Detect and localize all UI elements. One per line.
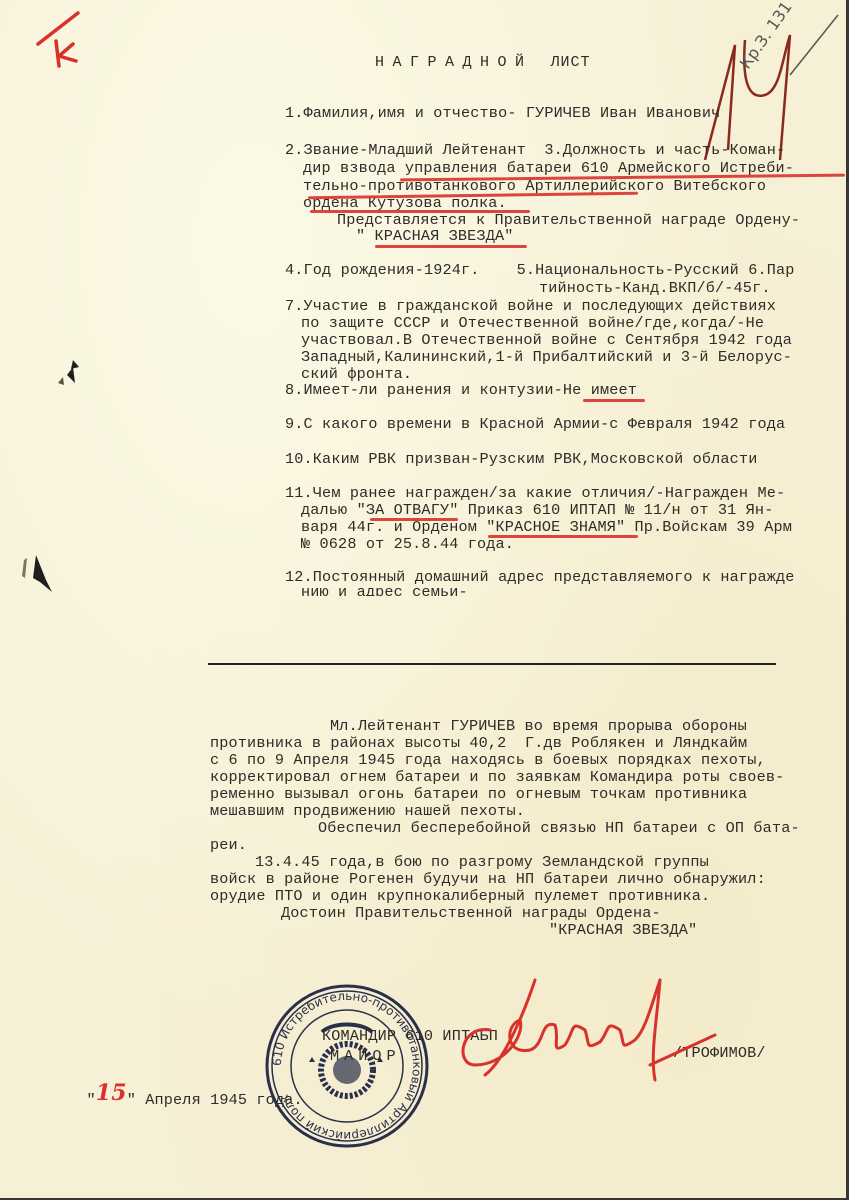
section-divider <box>208 663 776 665</box>
date-line: "15" Апреля 1945 года. <box>68 1072 303 1109</box>
nomination-award: " КРАСНАЯ ЗВЕЗДА" <box>356 228 514 245</box>
red-underline <box>370 518 458 521</box>
item-11-previous-awards: далью "ЗА ОТВАГУ" Приказ 610 ИПТАП № 11/… <box>301 502 773 519</box>
narrative-line: "КРАСНАЯ ЗВЕЗДА" <box>549 922 697 939</box>
item-7-participation: по защите СССР и Отечественной войне/где… <box>301 315 764 332</box>
red-underline <box>583 399 645 402</box>
item-6-party: тийность-Канд.ВКП/б/-45г. <box>539 280 771 297</box>
narrative-line: Мл.Лейтенант ГУРИЧЕВ во время прорыва об… <box>330 718 747 735</box>
narrative-line: корректировал огнем батареи и по заявкам… <box>210 769 784 786</box>
narrative-line: войск в районе Рогенен будучи на НП бата… <box>210 871 766 888</box>
red-underline <box>488 535 638 538</box>
item-8-wounds: 8.Имеет-ли ранения и контузии-Не имеет <box>285 382 637 399</box>
narrative-line: мешавшим продвижению нашей пехоты. <box>210 803 525 820</box>
red-underline <box>310 210 530 213</box>
item-2-rank: 2.Звание-Младший Лейтенант 3.Должность и… <box>285 142 785 159</box>
punch-hole-mark-icon <box>18 550 53 595</box>
item-7-participation: Западный,Калининский,1-й Прибалтийский и… <box>301 349 792 366</box>
red-underline <box>375 245 527 248</box>
item-4-birth-year: 4.Год рождения-1924г. 5.Национальность-Р… <box>285 262 795 279</box>
narrative-line: противника в районах высоты 40,2 Г.дв Ро… <box>210 735 747 752</box>
page-title: НАГРАДНОЙЛИСТ <box>375 54 591 71</box>
narrative-line: Обеспечил бесперебойной связью НП батаре… <box>318 820 800 837</box>
handwritten-annotation-icon: Кр.З. 131 <box>690 0 840 160</box>
item-1-name: 1.Фамилия,имя и отчество- ГУРИЧЕВ Иван И… <box>285 105 720 122</box>
red-k-mark-icon <box>30 8 90 68</box>
item-9-service-since: 9.С какого времени в Красной Армии-с Фев… <box>285 416 785 433</box>
official-stamp-icon: 610 Истребительно-противотанковый Артилл… <box>262 982 432 1150</box>
narrative-line: 13.4.45 года,в бою по разгрому Земландск… <box>255 854 709 871</box>
item-11-previous-awards: № 0628 от 25.8.44 года. <box>301 536 514 553</box>
item-7-participation: участвовал.В Отечественной войне с Сентя… <box>301 332 792 349</box>
item-11-previous-awards: 11.Чем ранее награжден/за какие отличия/… <box>285 485 785 502</box>
commander-rank: МАЙОР <box>330 1048 401 1065</box>
narrative-line: Достоин Правительственной награды Ордена… <box>281 905 661 922</box>
item-7-participation: 7.Участие в гражданской войне и последую… <box>285 298 776 315</box>
narrative-line: с 6 по 9 Апреля 1945 года находясь в бое… <box>210 752 766 769</box>
item-10-draft-office: 10.Каким РВК призван-Рузским РВК,Московс… <box>285 451 757 468</box>
item-11-previous-awards: варя 44г. и Орденом "КРАСНОЕ ЗНАМЯ" Пр.В… <box>301 519 792 536</box>
date-day: 15 <box>96 1085 127 1102</box>
narrative-line: ременно вызывал огонь батареи по огневым… <box>210 786 747 803</box>
punch-hole-mark-icon <box>55 355 85 390</box>
item-12-home-address: 12.Постоянный домашний адрес представляе… <box>285 569 795 586</box>
narrative-line: орудие ПТО и один крупнокалиберный пулем… <box>210 888 710 905</box>
date-open-quote: " <box>87 1091 96 1109</box>
red-signature-icon <box>445 970 725 1085</box>
narrative-line: реи. <box>210 837 247 854</box>
date-rest: " Апреля 1945 года. <box>127 1091 303 1109</box>
